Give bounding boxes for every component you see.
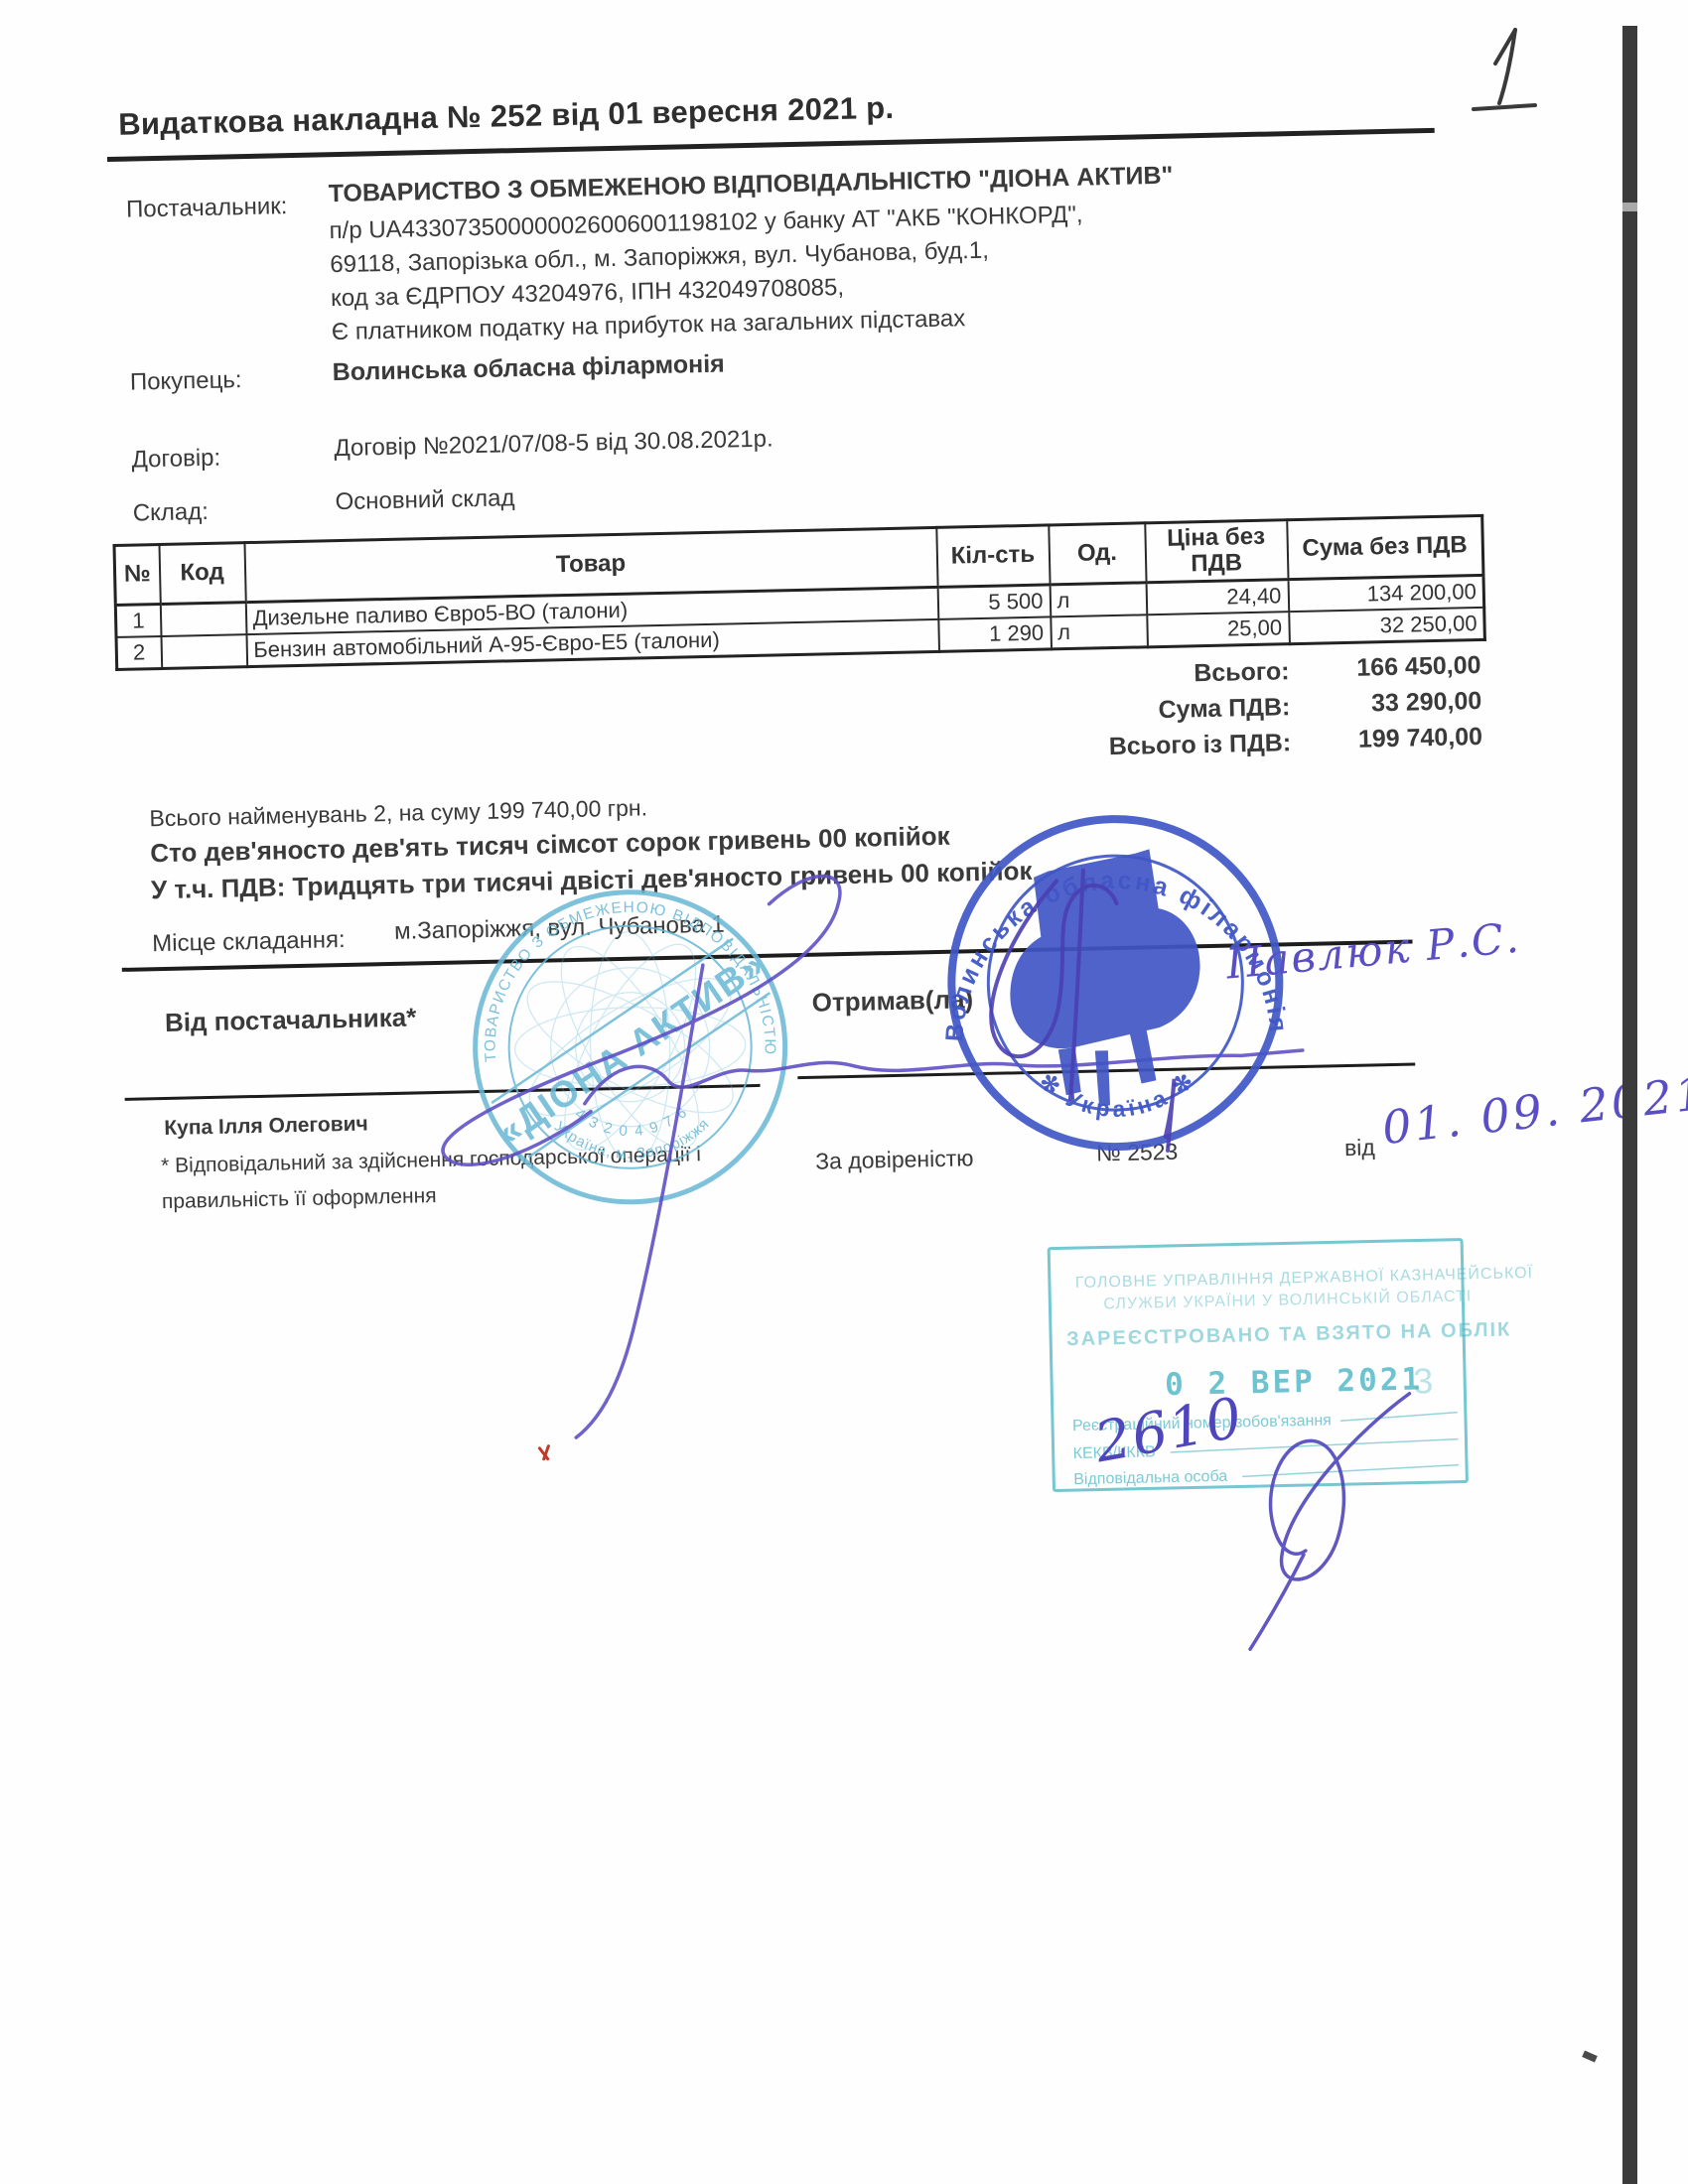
proxy-from-label: від [1344,1134,1375,1161]
treasury-stamp: ГОЛОВНЕ УПРАВЛІННЯ ДЕРЖАВНОЇ КАЗНАЧЕЙСЬК… [1049,1238,1541,1654]
buyer-value: Волинська обласна філармонія [332,350,725,388]
col-header-num: № [114,545,160,606]
supplier-person-name: Купа Ілля Олегович [164,1113,368,1141]
warehouse-value: Основний склад [335,484,514,516]
cell-qty: 5 500 [937,585,1051,619]
proxy-number: № 2523 [1096,1139,1179,1167]
supplier-signature-label: Від постачальника* [165,1002,417,1038]
contract-label: Договір: [131,445,220,475]
treasury-stamp-corner-mark: 3 [1413,1360,1434,1401]
total-value: 166 450,00 [1183,651,1481,687]
place-label: Місце складання: [152,926,346,958]
cell-sum: 32 250,00 [1289,608,1485,644]
cell-num: 2 [116,636,162,669]
treasury-stamp-person-label: Відповідальна особа [1073,1468,1227,1488]
col-header-price: Ціна без ПДВ [1145,520,1288,583]
handwritten-proxy-date: 01. 09. 2021 р [1379,1060,1688,1155]
vat-value: 33 290,00 [1184,687,1482,723]
supplier-signature-line [125,1084,761,1101]
total-with-vat-value: 199 740,00 [1185,723,1483,758]
cell-unit: л [1051,614,1148,649]
handwritten-registration-number: 2610 [1089,1386,1249,1476]
philharmonic-stamp-top-arc-text: Волинська обласна філармонія [937,863,1293,1043]
cell-unit: л [1050,583,1147,617]
scan-edge-bar [1622,26,1637,2184]
col-header-qty: Кіл-сть [936,525,1050,587]
buyer-label: Покупець: [130,366,242,396]
cell-sum: 134 200,00 [1288,575,1484,612]
scan-edge-bar-gap [1622,203,1637,211]
diona-stamp-code-text: 4 3 2 0 4 9 7 6 [572,1103,692,1142]
receiver-signature-label: Отримав(ла) [811,984,973,1019]
receiver-ink-signature [988,869,1176,1155]
supplier-label: Постачальник: [126,193,288,224]
document-content: Видаткова накладна № 252 від 01 вересня … [0,0,1688,2184]
treasury-stamp-date: 0 2 ВЕР 2021 [1165,1361,1424,1403]
cell-price: 24,40 [1146,579,1289,614]
treasury-stamp-line1: ГОЛОВНЕ УПРАВЛІННЯ ДЕРЖАВНОЇ КАЗНАЧЕЙСЬК… [1075,1263,1533,1292]
proxy-label: За довіреністю [815,1145,974,1174]
handwritten-receiver-name: Павлюк Р.С. [1223,913,1523,989]
items-count-line: Всього найменувань 2, на суму 199 740,00… [149,794,647,832]
col-header-code: Код [159,543,245,605]
supplier-line-tax: Є платником податку на прибуток на загал… [332,305,966,346]
cell-num: 1 [115,604,161,636]
cell-qty: 1 290 [938,616,1052,651]
treasury-stamp-line2: СЛУЖБИ УКРАЇНИ У ВОЛИНСЬКІЙ ОБЛАСТІ [1103,1286,1472,1312]
col-header-sum: Сума без ПДВ [1287,515,1483,579]
red-pen-speck [539,1446,548,1459]
treasury-ink-signature [1244,1394,1415,1650]
responsibility-note-line2: правильність її оформлення [162,1184,437,1214]
diona-stamp-name-text: «ДІОНА АКТИВ» [490,943,772,1154]
contract-value: Договір №2021/07/08-5 від 30.08.2021р. [334,425,774,463]
supplier-line-address: 69118, Запорізька обл., м. Запоріжжя, ву… [330,237,989,279]
cell-code [161,634,247,668]
goods-table: № Код Товар Кіл-сть Од. Ціна без ПДВ Сум… [112,514,1485,671]
place-value: м.Запоріжжя, вул. Чубанова 1 [394,911,725,946]
treasury-stamp-reg-label: Реєстраційний номер зобов'язання [1072,1412,1332,1434]
responsibility-note-line1: * Відповідальний за здійснення господарс… [161,1143,701,1178]
handwritten-page-number: 1 [1460,10,1579,139]
document-title: Видаткова накладна № 252 від 01 вересня … [118,90,895,143]
col-header-unit: Од. [1049,523,1146,585]
treasury-stamp-kekv-label: КЕКВ/КККВ [1073,1443,1156,1462]
treasury-stamp-registered-line: ЗАРЕЄСТРОВАНО ТА ВЗЯТО НА ОБЛІК [1066,1318,1512,1350]
cell-code [160,602,246,635]
scanned-invoice-page: Видаткова накладна № 252 від 01 вересня … [0,0,1688,2184]
supplier-line-codes: код за ЄДРПОУ 43204976, ІПН 432049708085… [331,274,844,313]
receiver-signature-line [797,1063,1415,1080]
cell-price: 25,00 [1147,612,1290,647]
warehouse-label: Склад: [133,498,210,528]
